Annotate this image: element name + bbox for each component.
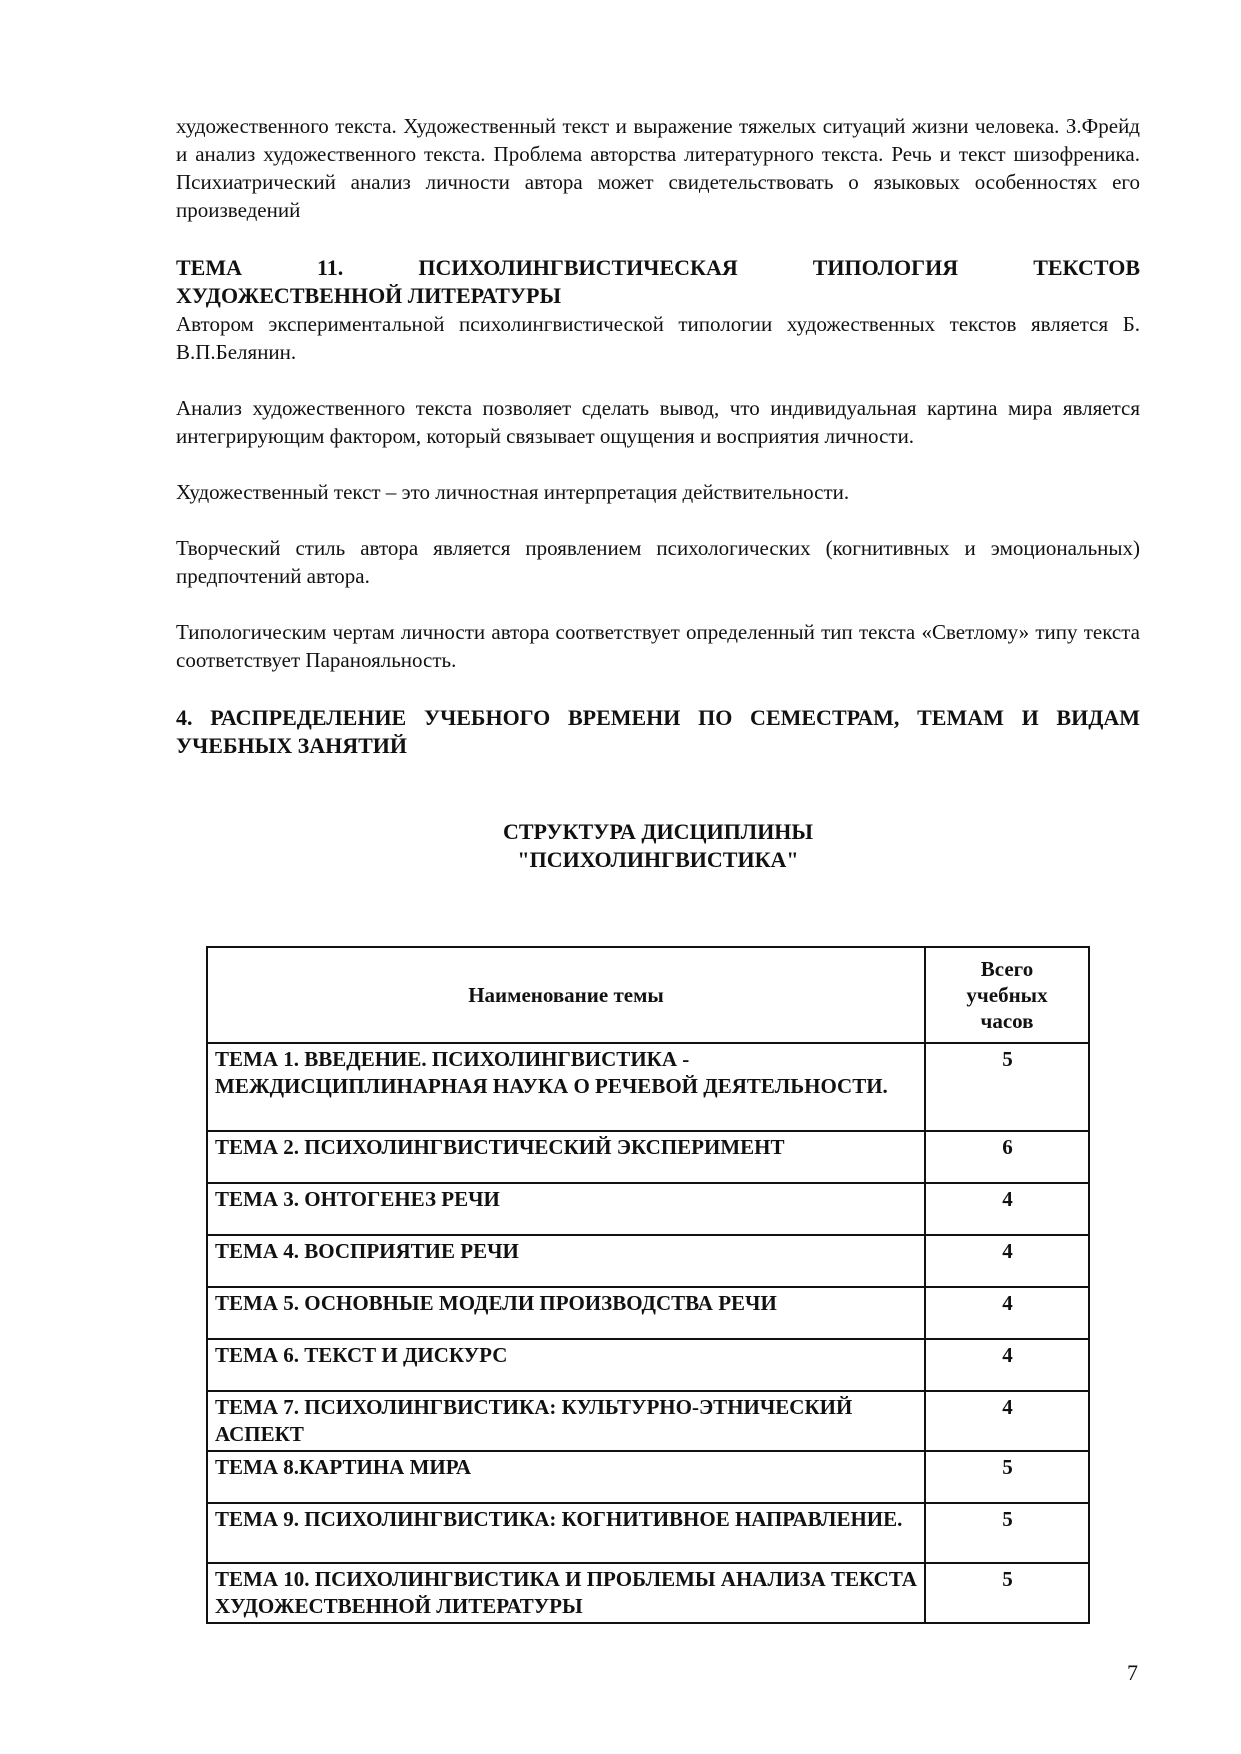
topic-11-paragraph: Автором экспериментальной психолингвисти… (176, 310, 1140, 366)
header-total-hours-text: Всего учебных часов (952, 956, 1062, 1034)
table-row: ТЕМА 3. ОНТОГЕНЕЗ РЕЧИ 4 (207, 1183, 1089, 1235)
hours-cell: 4 (925, 1287, 1089, 1339)
table-body: ТЕМА 1. ВВЕДЕНИЕ. ПСИХОЛИНГВИСТИКА - МЕЖ… (207, 1043, 1089, 1623)
topic-cell: ТЕМА 3. ОНТОГЕНЕЗ РЕЧИ (207, 1183, 925, 1235)
structure-title-line1: СТРУКТУРА ДИСЦИПЛИНЫ (176, 818, 1140, 846)
header-topic-name: Наименование темы (207, 947, 925, 1043)
page-number: 7 (1127, 1660, 1138, 1686)
topic-11-heading-line2: ХУДОЖЕСТВЕННОЙ ЛИТЕРАТУРЫ (176, 283, 561, 308)
topic-11-paragraph: Художественный текст – это личностная ин… (176, 478, 1140, 506)
topic-cell: ТЕМА 6. ТЕКСТ И ДИСКУРС (207, 1339, 925, 1391)
hours-cell: 4 (925, 1183, 1089, 1235)
table-header-row: Наименование темы Всего учебных часов (207, 947, 1089, 1043)
topic-11-paragraph: Творческий стиль автора является проявле… (176, 534, 1140, 590)
table-row: ТЕМА 6. ТЕКСТ И ДИСКУРС 4 (207, 1339, 1089, 1391)
header-total-hours: Всего учебных часов (925, 947, 1089, 1043)
document-page: художественного текста. Художественный т… (176, 112, 1140, 874)
topic-cell: ТЕМА 4. ВОСПРИЯТИЕ РЕЧИ (207, 1235, 925, 1287)
table-row: ТЕМА 1. ВВЕДЕНИЕ. ПСИХОЛИНГВИСТИКА - МЕЖ… (207, 1043, 1089, 1131)
hours-cell: 5 (925, 1451, 1089, 1503)
hours-cell: 6 (925, 1131, 1089, 1183)
structure-table-container: Наименование темы Всего учебных часов ТЕ… (206, 946, 1090, 1624)
table-row: ТЕМА 10. ПСИХОЛИНГВИСТИКА И ПРОБЛЕМЫ АНА… (207, 1563, 1089, 1623)
table-row: ТЕМА 8.КАРТИНА МИРА 5 (207, 1451, 1089, 1503)
hours-cell: 5 (925, 1043, 1089, 1131)
topic-11-heading-line1: ТЕМА 11. ПСИХОЛИНГВИСТИЧЕСКАЯ ТИПОЛОГИЯ … (176, 254, 1140, 282)
table-row: ТЕМА 4. ВОСПРИЯТИЕ РЕЧИ 4 (207, 1235, 1089, 1287)
topic-11-paragraph: Типологическим чертам личности автора со… (176, 618, 1140, 674)
intro-paragraph: художественного текста. Художественный т… (176, 112, 1140, 224)
hours-cell: 4 (925, 1235, 1089, 1287)
table-row: ТЕМА 5. ОСНОВНЫЕ МОДЕЛИ ПРОИЗВОДСТВА РЕЧ… (207, 1287, 1089, 1339)
topic-cell: ТЕМА 10. ПСИХОЛИНГВИСТИКА И ПРОБЛЕМЫ АНА… (207, 1563, 925, 1623)
structure-table: Наименование темы Всего учебных часов ТЕ… (206, 946, 1090, 1624)
topic-cell: ТЕМА 8.КАРТИНА МИРА (207, 1451, 925, 1503)
topic-cell: ТЕМА 2. ПСИХОЛИНГВИСТИЧЕСКИЙ ЭКСПЕРИМЕНТ (207, 1131, 925, 1183)
table-row: ТЕМА 9. ПСИХОЛИНГВИСТИКА: КОГНИТИВНОЕ НА… (207, 1503, 1089, 1563)
structure-title-line2: "ПСИХОЛИНГВИСТИКА" (176, 846, 1140, 874)
table-row: ТЕМА 2. ПСИХОЛИНГВИСТИЧЕСКИЙ ЭКСПЕРИМЕНТ… (207, 1131, 1089, 1183)
hours-cell: 5 (925, 1563, 1089, 1623)
topic-cell: ТЕМА 9. ПСИХОЛИНГВИСТИКА: КОГНИТИВНОЕ НА… (207, 1503, 925, 1563)
table-row: ТЕМА 7. ПСИХОЛИНГВИСТИКА: КУЛЬТУРНО-ЭТНИ… (207, 1391, 1089, 1451)
topic-cell: ТЕМА 5. ОСНОВНЫЕ МОДЕЛИ ПРОИЗВОДСТВА РЕЧ… (207, 1287, 925, 1339)
hours-cell: 5 (925, 1503, 1089, 1563)
hours-cell: 4 (925, 1391, 1089, 1451)
hours-cell: 4 (925, 1339, 1089, 1391)
topic-11-paragraph: Анализ художественного текста позволяет … (176, 394, 1140, 450)
section-4-heading: 4. РАСПРЕДЕЛЕНИЕ УЧЕБНОГО ВРЕМЕНИ ПО СЕМ… (176, 704, 1140, 760)
topic-11-heading: ТЕМА 11. ПСИХОЛИНГВИСТИЧЕСКАЯ ТИПОЛОГИЯ … (176, 254, 1140, 310)
topic-cell: ТЕМА 7. ПСИХОЛИНГВИСТИКА: КУЛЬТУРНО-ЭТНИ… (207, 1391, 925, 1451)
topic-cell: ТЕМА 1. ВВЕДЕНИЕ. ПСИХОЛИНГВИСТИКА - МЕЖ… (207, 1043, 925, 1131)
